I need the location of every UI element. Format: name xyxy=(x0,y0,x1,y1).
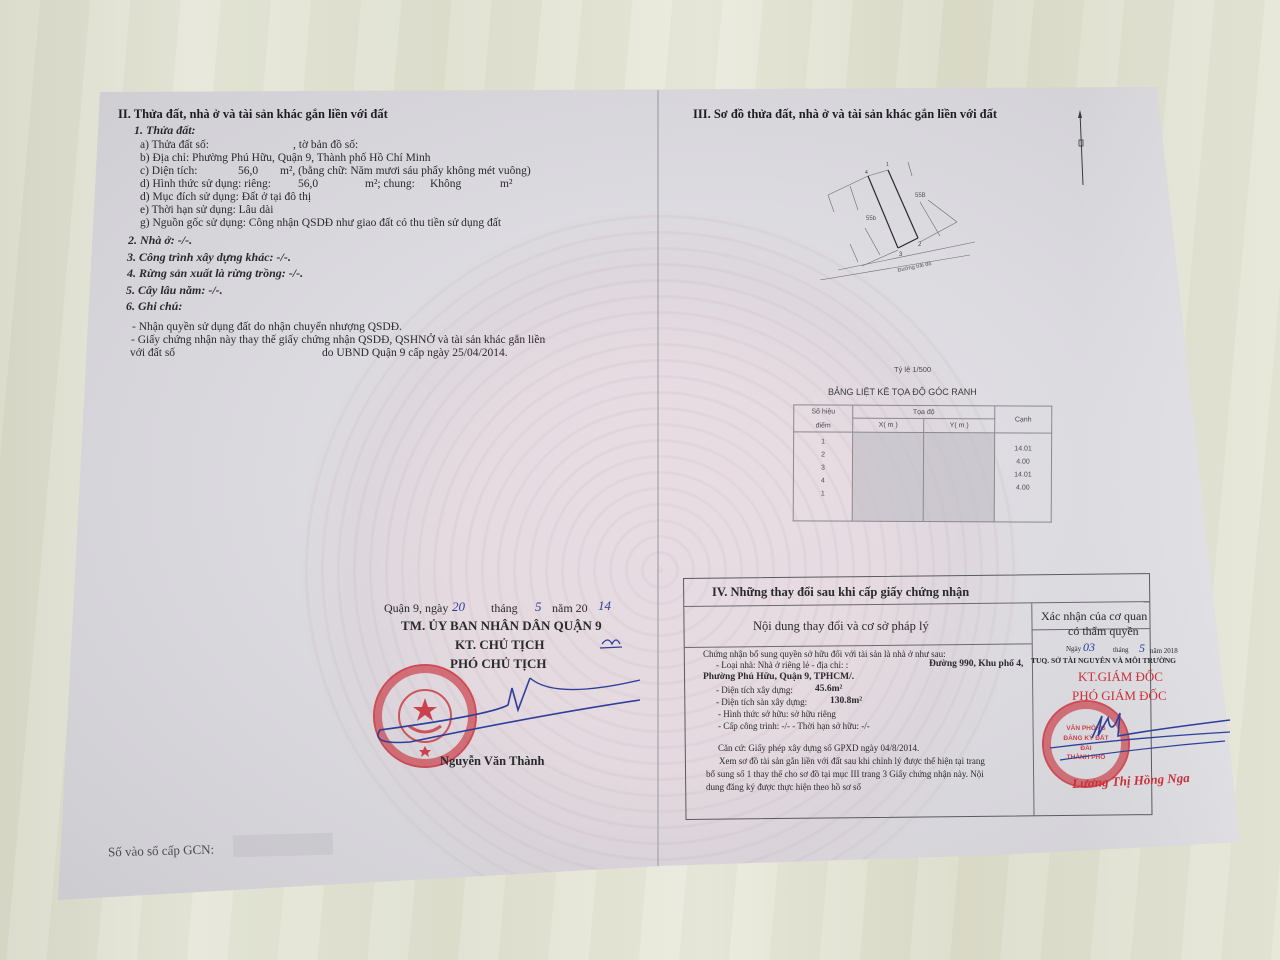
change-line-1: Chứng nhận bổ sung quyền sở hữu đối với … xyxy=(703,650,946,659)
svg-text:2: 2 xyxy=(918,242,922,248)
section-ii-title: II. Thửa đất, nhà ở và tài sản khác gắn … xyxy=(118,108,388,121)
notes-heading: 6. Ghi chú: xyxy=(126,300,182,312)
other-construction-item: 3. Công trình xây dựng khác: -/-. xyxy=(127,251,291,263)
shared-value: Không xyxy=(430,179,461,191)
map-scale: Tỷ lệ 1/500 xyxy=(894,366,931,374)
change-line-2: - Loại nhà: Nhà ở riêng lẻ - địa chỉ: : xyxy=(716,661,848,670)
issue-year: 14 xyxy=(598,599,611,612)
edge-list: 14.014.0014.014.00 xyxy=(995,433,1051,491)
parcel-number-label: a) Thửa đất số: xyxy=(140,140,209,152)
y-coords-redacted xyxy=(923,433,994,522)
diagram-note-1: Xem sơ đồ tài sản gắn liền với đất sau k… xyxy=(719,757,985,766)
point-id: 3 xyxy=(794,464,852,471)
shared-unit: m² xyxy=(500,179,512,191)
confirm-signature xyxy=(1050,708,1240,768)
confirm-org: TUQ. SỞ TÀI NGUYÊN VÀ MÔI TRƯỜNG xyxy=(1031,657,1176,665)
point-id: 4 xyxy=(794,477,852,484)
point-id: 2 xyxy=(794,451,852,458)
built-area-label: - Diện tích xây dựng: xyxy=(716,686,793,695)
usage-duration: e) Thời hạn sử dụng: Lâu dài xyxy=(140,205,273,217)
land-heading: 1. Thửa đất: xyxy=(134,124,196,136)
map-sheet-label: , tờ bản đồ số: xyxy=(293,140,358,152)
construction-grade: - Cấp công trình: -/- - Thời hạn sở hữu:… xyxy=(718,722,870,731)
initial-mark xyxy=(600,634,640,652)
point-list: 12341 xyxy=(794,432,852,497)
svg-text:1: 1 xyxy=(886,162,889,168)
issue-day: 20 xyxy=(452,600,465,613)
year-label: năm 20 xyxy=(552,602,588,614)
diagram-note-2: bổ sung số 1 thay thế cho sơ đồ tại mục … xyxy=(706,770,984,779)
svg-text:4: 4 xyxy=(865,170,868,176)
issue-place-prefix: Quận 9, ngày xyxy=(384,602,448,614)
edge-length: 4.00 xyxy=(995,458,1051,465)
area-value: 56,0 xyxy=(238,166,258,178)
corner-coordinates-table: Số hiệuđiểm Tọa độ Cạnh X( m ) Y( m ) 12… xyxy=(793,404,1053,522)
usage-origin: g) Nguồn gốc sử dụng: Công nhận QSDĐ như… xyxy=(140,218,501,230)
note-1: - Nhận quyền sử dụng đất do nhận chuyển … xyxy=(132,322,402,334)
note-2-cont-end: do UBND Quận 9 cấp ngày 25/04/2014. xyxy=(322,348,508,360)
built-area-value: 45.6m² xyxy=(815,685,842,695)
diagram-note-3: dung đăng ký được thực hiện theo hồ sơ s… xyxy=(706,783,861,792)
col-change-content: Nội dung thay đổi và cơ sở pháp lý xyxy=(753,620,929,633)
registry-label: Số vào sổ cấp GCN: xyxy=(108,843,214,859)
confirm-month: 5 xyxy=(1139,642,1145,654)
edge-length: 14.01 xyxy=(995,445,1051,452)
section-iv-title: IV. Những thay đổi sau khi cấp giấy chứn… xyxy=(712,586,969,599)
fold-crease xyxy=(657,90,659,870)
legal-basis: Căn cứ: Giấy phép xây dựng số GPXD ngày … xyxy=(718,744,919,753)
shared-label: m²; chung: xyxy=(365,179,415,191)
confirm-month-label: tháng xyxy=(1113,647,1129,654)
confirm-year: năm 2018 xyxy=(1150,648,1178,655)
coord-table-title: BẢNG LIỆT KÊ TỌA ĐỘ GÓC RANH xyxy=(828,388,977,397)
svg-text:55b: 55b xyxy=(866,216,877,222)
issuing-org: TM. ỦY BAN NHÂN DÂN QUẬN 9 xyxy=(401,619,602,632)
note-2-cont-start: với đất số xyxy=(130,348,175,360)
change-ward-bold: Phường Phú Hữu, Quận 9, TPHCM/. xyxy=(703,673,854,683)
land-purpose: d) Mục đích sử dụng: Đất ở tại đô thị xyxy=(140,192,311,204)
floor-area-value: 130.8m² xyxy=(830,697,862,707)
ownership-form: - Hình thức sở hữu: sở hữu riêng xyxy=(718,710,836,719)
perennial-trees-item: 5. Cây lâu năm: -/-. xyxy=(126,284,223,296)
north-arrow-icon xyxy=(1076,110,1086,185)
point-id: 1 xyxy=(794,490,852,497)
col-confirm-1: Xác nhận của cơ quan xyxy=(1041,610,1147,622)
edge-length: 4.00 xyxy=(995,484,1051,491)
svg-text:55B: 55B xyxy=(915,193,926,199)
point-id: 1 xyxy=(794,438,852,445)
confirm-day: 03 xyxy=(1083,641,1095,653)
confirm-role-1: KT.GIÁM ĐỐC xyxy=(1078,670,1163,683)
area-label: c) Diện tích: xyxy=(140,166,197,178)
issue-month: 5 xyxy=(535,600,542,613)
section-iii-title: III. Sơ đồ thửa đất, nhà ở và tài sản kh… xyxy=(693,108,997,121)
x-coords-redacted xyxy=(852,432,923,521)
signer-role-1: KT. CHỦ TỊCH xyxy=(455,638,544,651)
house-item: 2. Nhà ở: -/-. xyxy=(128,234,192,246)
change-address-bold: Đường 990, Khu phố 4, xyxy=(929,660,1023,670)
address: b) Địa chỉ: Phường Phú Hữu, Quận 9, Thàn… xyxy=(140,153,431,165)
floor-area-label: - Diện tích sàn xây dựng: xyxy=(716,698,807,707)
col-confirm-2: có thẩm quyền xyxy=(1068,625,1139,637)
drum-watermark xyxy=(300,210,1020,930)
svg-text:Đường trải đá: Đường trải đá xyxy=(897,261,933,274)
issuer-name: Nguyễn Văn Thành xyxy=(440,755,544,768)
note-2: - Giấy chứng nhận này thay thế giấy chứn… xyxy=(131,335,545,347)
month-label: tháng xyxy=(491,602,518,614)
usage-form-label: d) Hình thức sử dụng: riêng: xyxy=(140,179,271,191)
registry-number-redacted xyxy=(233,833,334,858)
area-words: m², (bằng chữ: Năm mươi sáu phẩy không m… xyxy=(280,166,531,178)
confirm-date-prefix: Ngày xyxy=(1066,646,1081,653)
parcel-diagram: 55b 55B 4 1 3 2 Đường trải đá xyxy=(820,160,980,280)
issuer-signature xyxy=(380,670,640,760)
edge-length: 14.01 xyxy=(995,471,1051,478)
private-area-value: 56,0 xyxy=(298,179,318,191)
production-forest-item: 4. Rừng sản xuất là rừng trồng: -/-. xyxy=(127,267,303,279)
